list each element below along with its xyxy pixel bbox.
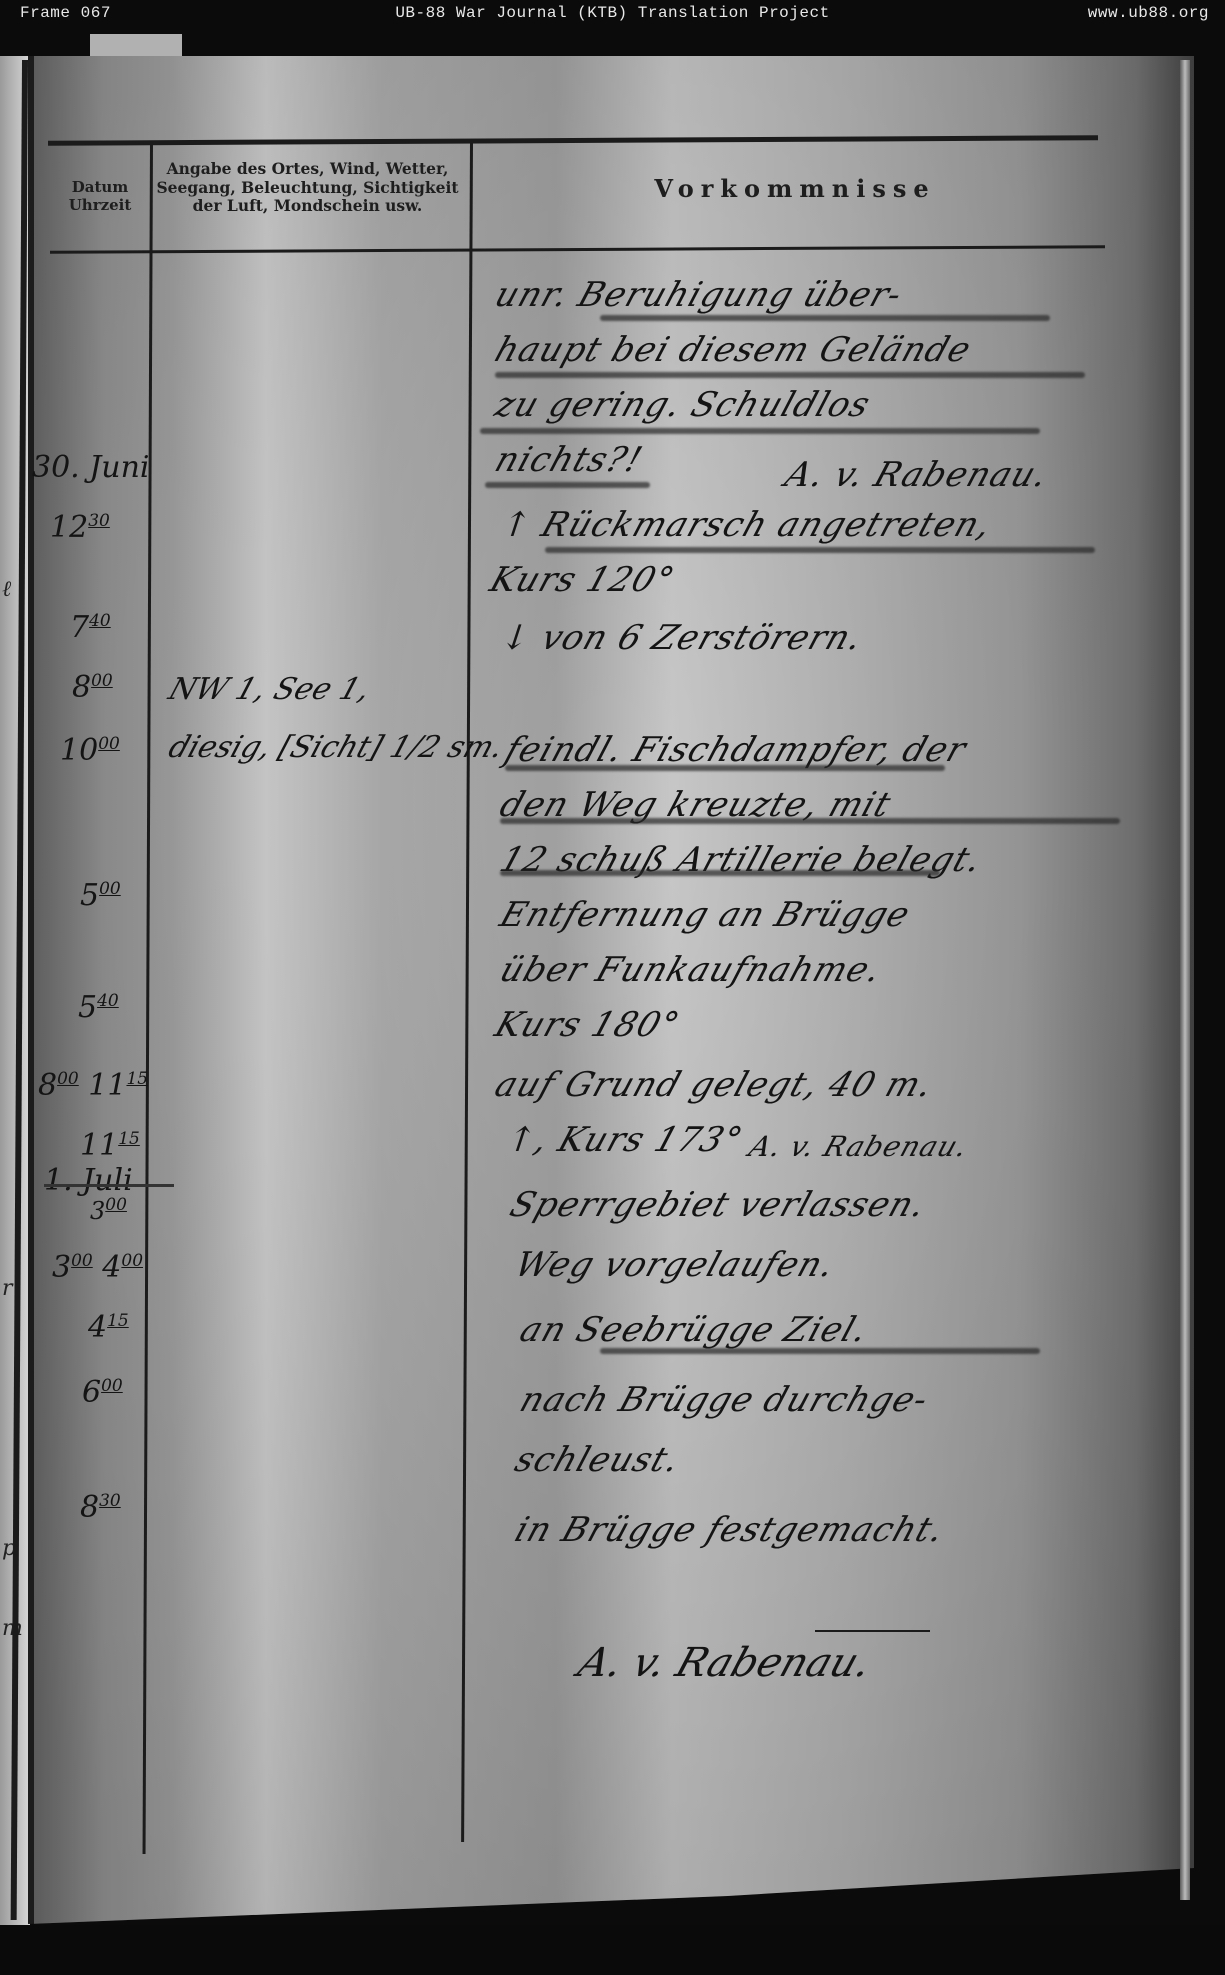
column-header-vorkommnisse: Vorkommnisse bbox=[470, 175, 1120, 204]
signature-flourish bbox=[815, 1630, 930, 1632]
entry-line: ↑ Rückmarsch angetreten, bbox=[495, 505, 997, 545]
time-entry: 800 1115 bbox=[38, 1068, 148, 1103]
time-minute: 00 bbox=[71, 1251, 93, 1271]
time-entry: 415 bbox=[88, 1310, 129, 1345]
entry-line: an Seebrügge Ziel. bbox=[515, 1310, 873, 1350]
entry-underline bbox=[485, 482, 650, 488]
entry-line: Sperrgebiet verlassen. bbox=[505, 1185, 931, 1225]
time-hour: 8 bbox=[80, 1490, 99, 1525]
closing-signature: A. v. Rabenau. bbox=[573, 1640, 878, 1686]
website-url: www.ub88.org bbox=[1088, 4, 1209, 22]
time-entry: 300 400 bbox=[52, 1250, 143, 1285]
day-separator-rule bbox=[44, 1184, 174, 1187]
time-entry: 1000 bbox=[60, 733, 120, 768]
entry-line: nichts?! bbox=[490, 440, 648, 480]
time-entry: 300 bbox=[90, 1195, 127, 1225]
time-hour: 12 bbox=[50, 510, 88, 545]
entry-signature: A. v. Rabenau. bbox=[780, 455, 1053, 495]
time-entry: 740 bbox=[70, 610, 111, 645]
ort-entry: diesig, [Sicht] 1/2 sm. bbox=[164, 730, 508, 765]
entry-underline bbox=[600, 315, 1050, 321]
project-title: UB-88 War Journal (KTB) Translation Proj… bbox=[0, 4, 1225, 22]
entry-line: unr. Beruhigung über- bbox=[490, 275, 908, 315]
time-entry: 600 bbox=[82, 1375, 123, 1410]
entry-line: zu gering. Schuldlos bbox=[490, 385, 875, 425]
time-hour: 3 bbox=[90, 1197, 105, 1225]
time-minute: 00 bbox=[105, 1195, 127, 1215]
time-hour: 11 bbox=[88, 1068, 126, 1103]
time-minute: 30 bbox=[88, 511, 110, 531]
entry-underline bbox=[500, 870, 940, 876]
time-minute: 30 bbox=[99, 1491, 121, 1511]
time-entry: 1230 bbox=[50, 510, 110, 545]
time-minute: 15 bbox=[126, 1069, 148, 1089]
film-bottom-edge bbox=[0, 1925, 1225, 1975]
entry-line: Kurs 180° bbox=[490, 1005, 685, 1045]
time-minute: 15 bbox=[118, 1129, 140, 1149]
entry-signature: A. v. Rabenau. bbox=[745, 1130, 973, 1163]
entry-line: feindl. Fischdampfer, der bbox=[500, 730, 972, 770]
time-minute: 00 bbox=[91, 671, 113, 691]
entry-line: schleust. bbox=[510, 1440, 685, 1480]
time-minute: 40 bbox=[89, 611, 111, 631]
time-minute: 00 bbox=[99, 879, 121, 899]
time-entry-date-1-juli: 1. Juli bbox=[44, 1163, 133, 1198]
entry-line: auf Grund gelegt, 40 m. bbox=[490, 1065, 938, 1105]
entry-underline bbox=[480, 428, 1040, 434]
time-entry: 1115 bbox=[80, 1128, 140, 1163]
entry-line: Weg vorgelaufen. bbox=[510, 1245, 840, 1285]
time-hour: 5 bbox=[78, 990, 97, 1025]
time-hour: 4 bbox=[88, 1310, 107, 1345]
entry-line: nach Brügge durchge- bbox=[515, 1380, 934, 1420]
time-entry: 830 bbox=[80, 1490, 121, 1525]
entry-underline bbox=[500, 818, 1120, 824]
time-hour: 8 bbox=[38, 1068, 57, 1103]
time-hour: 7 bbox=[70, 610, 89, 645]
entry-underline bbox=[505, 765, 945, 771]
entry-line: ↑, Kurs 173° bbox=[500, 1120, 748, 1160]
tape-strip bbox=[90, 34, 182, 58]
time-hour: 3 bbox=[52, 1250, 71, 1285]
time-minute: 00 bbox=[101, 1376, 123, 1396]
time-hour: 5 bbox=[80, 878, 99, 913]
entry-line: in Brügge festgemacht. bbox=[510, 1510, 950, 1550]
entry-underline bbox=[495, 372, 1085, 378]
time-hour: 10 bbox=[60, 733, 98, 768]
time-minute: 00 bbox=[98, 734, 120, 754]
column-header-ort: Angabe des Ortes, Wind, Wetter, Seegang,… bbox=[150, 160, 465, 216]
entry-underline bbox=[545, 547, 1095, 553]
time-hour: 8 bbox=[72, 670, 91, 705]
entry-line: über Funkaufnahme. bbox=[495, 950, 887, 990]
entry-line: Kurs 120° bbox=[485, 560, 680, 600]
time-minute: 40 bbox=[97, 991, 119, 1011]
entry-line: Entfernung an Brügge bbox=[495, 895, 915, 935]
time-hour: 6 bbox=[82, 1375, 101, 1410]
time-entry-date-30-juni: 30. Juni bbox=[32, 450, 150, 485]
entry-underline bbox=[600, 1348, 1040, 1354]
time-entry: 540 bbox=[78, 990, 119, 1025]
time-entry: 500 bbox=[80, 878, 121, 913]
time-minute: 00 bbox=[57, 1069, 79, 1089]
entry-line: ↓ von 6 Zerstörern. bbox=[495, 618, 868, 658]
time-hour: 4 bbox=[102, 1250, 121, 1285]
entry-line: haupt bei diesem Gelände bbox=[490, 330, 976, 370]
column-header-datum: Datum Uhrzeit bbox=[50, 178, 150, 214]
ort-entry: NW 1, See 1, bbox=[164, 672, 374, 707]
microfilm-caption-bar: Frame 067 UB-88 War Journal (KTB) Transl… bbox=[0, 0, 1225, 28]
time-minute: 15 bbox=[107, 1311, 129, 1331]
time-minute: 00 bbox=[121, 1251, 143, 1271]
page-binding-edge bbox=[1180, 60, 1190, 1900]
time-entry: 800 bbox=[72, 670, 113, 705]
time-hour: 11 bbox=[80, 1128, 118, 1163]
